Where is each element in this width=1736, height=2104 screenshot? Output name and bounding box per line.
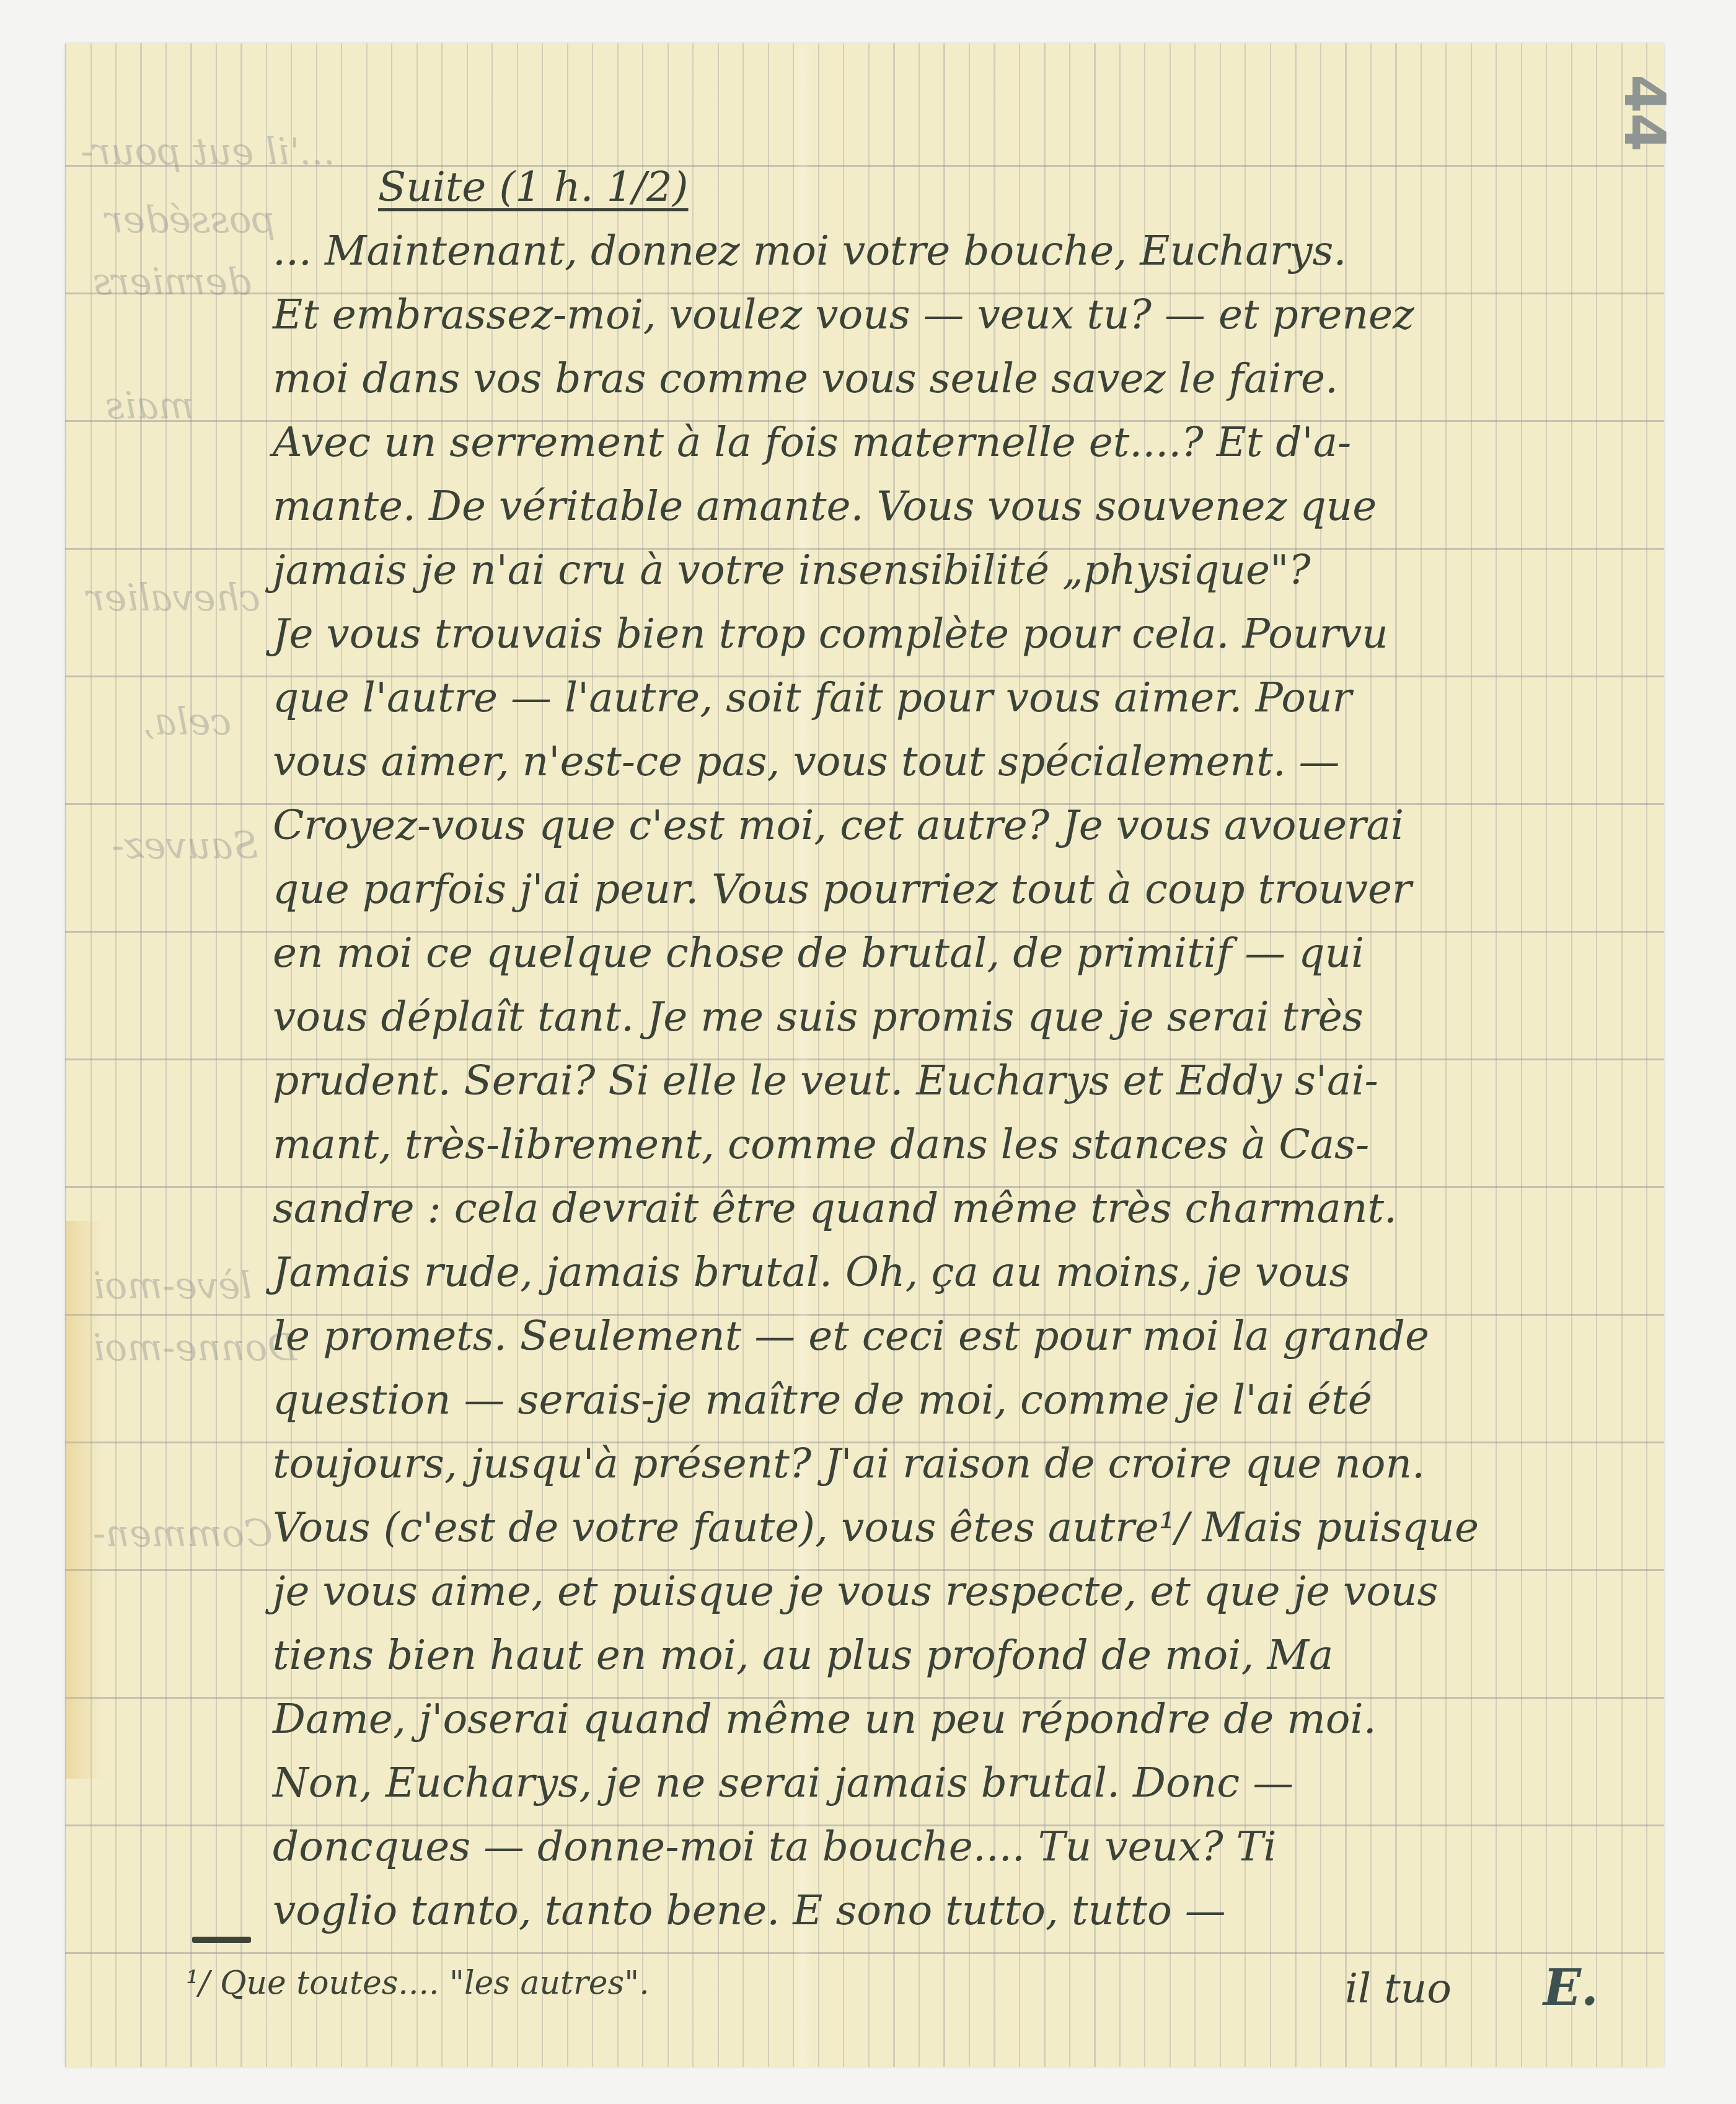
footnote: ¹/ Que toutes.... "les autres". (186, 1965, 650, 2002)
letter-line: doncques — donne-moi ta bouche.... Tu ve… (273, 1815, 1667, 1878)
letter-line: Jamais rude, jamais brutal. Oh, ça au mo… (273, 1240, 1667, 1304)
letter-line: question — serais-je maître de moi, comm… (273, 1368, 1667, 1432)
letter-line: que l'autre — l'autre, soit fait pour vo… (273, 666, 1667, 729)
page-number: 44 (1611, 74, 1677, 152)
bleed-through-text: Donne-moi (93, 1326, 297, 1370)
letter-line: moi dans vos bras comme vous seule savez… (273, 346, 1667, 410)
letter-line: Je vous trouvais bien trop complète pour… (273, 602, 1667, 666)
letter-line: vous aimer, n'est-ce pas, vous tout spéc… (273, 729, 1667, 793)
letter-line: toujours, jusqu'à présent? J'ai raison d… (273, 1432, 1667, 1495)
letter-line: vous déplaît tant. Je me suis promis que… (273, 985, 1667, 1049)
letter-line: Dame, j'oserai quand même un peu répondr… (273, 1687, 1667, 1751)
bleed-through-text: Commen- (93, 1512, 273, 1556)
bleed-through-text: lève-moi (93, 1264, 252, 1308)
letter-line: ... Maintenant, donnez moi votre bouche,… (273, 219, 1667, 283)
bleed-through-text: cela, (143, 700, 231, 744)
letter-line: Vous (c'est de votre faute), vous êtes a… (273, 1495, 1667, 1559)
letter-line: voglio tanto, tanto bene. E sono tutto, … (273, 1878, 1667, 1942)
letter-line: le promets. Seulement — et ceci est pour… (273, 1304, 1667, 1368)
bleed-through-text: Sauvez- (112, 824, 258, 868)
letter-line: jamais je n'ai cru à votre insensibilité… (273, 538, 1667, 602)
bleed-through-text: derniers (93, 260, 251, 304)
letter-line: Non, Eucharys, je ne serai jamais brutal… (273, 1751, 1667, 1815)
letter-line: je vous aime, et puisque je vous respect… (273, 1559, 1667, 1623)
bleed-through-text: mais (105, 384, 194, 428)
letter-line: Et embrassez-moi, voulez vous — veux tu?… (273, 283, 1667, 346)
letter-heading: Suite (1 h. 1/2) (378, 155, 1667, 219)
bleed-through-text: chevalier (87, 576, 260, 620)
letter-line: que parfois j'ai peur. Vous pourriez tou… (273, 857, 1667, 921)
letter-line: mant, très-librement, comme dans les sta… (273, 1112, 1667, 1176)
signature: E. (1543, 1958, 1598, 2017)
letter-line: Croyez-vous que c'est moi, cet autre? Je… (273, 793, 1667, 857)
letter-line: mante. De véritable amante. Vous vous so… (273, 474, 1667, 538)
letter-line: sandre : cela devrait être quand même tr… (273, 1176, 1667, 1240)
footnote-divider (192, 1937, 251, 1943)
letter-line: Avec un serrement à la fois maternelle e… (273, 410, 1667, 474)
heading-text: Suite (1 h. 1/2) (378, 163, 689, 211)
bleed-through-text: posséder (105, 198, 275, 242)
letter-body: Suite (1 h. 1/2) ... Maintenant, donnez … (273, 155, 1667, 1942)
letter-line: en moi ce quelque chose de brutal, de pr… (273, 921, 1667, 985)
closing: il tuo (1345, 1965, 1452, 2012)
letter-line: prudent. Serai? Si elle le veut. Euchary… (273, 1049, 1667, 1112)
letter-line: tiens bien haut en moi, au plus profond … (273, 1623, 1667, 1687)
